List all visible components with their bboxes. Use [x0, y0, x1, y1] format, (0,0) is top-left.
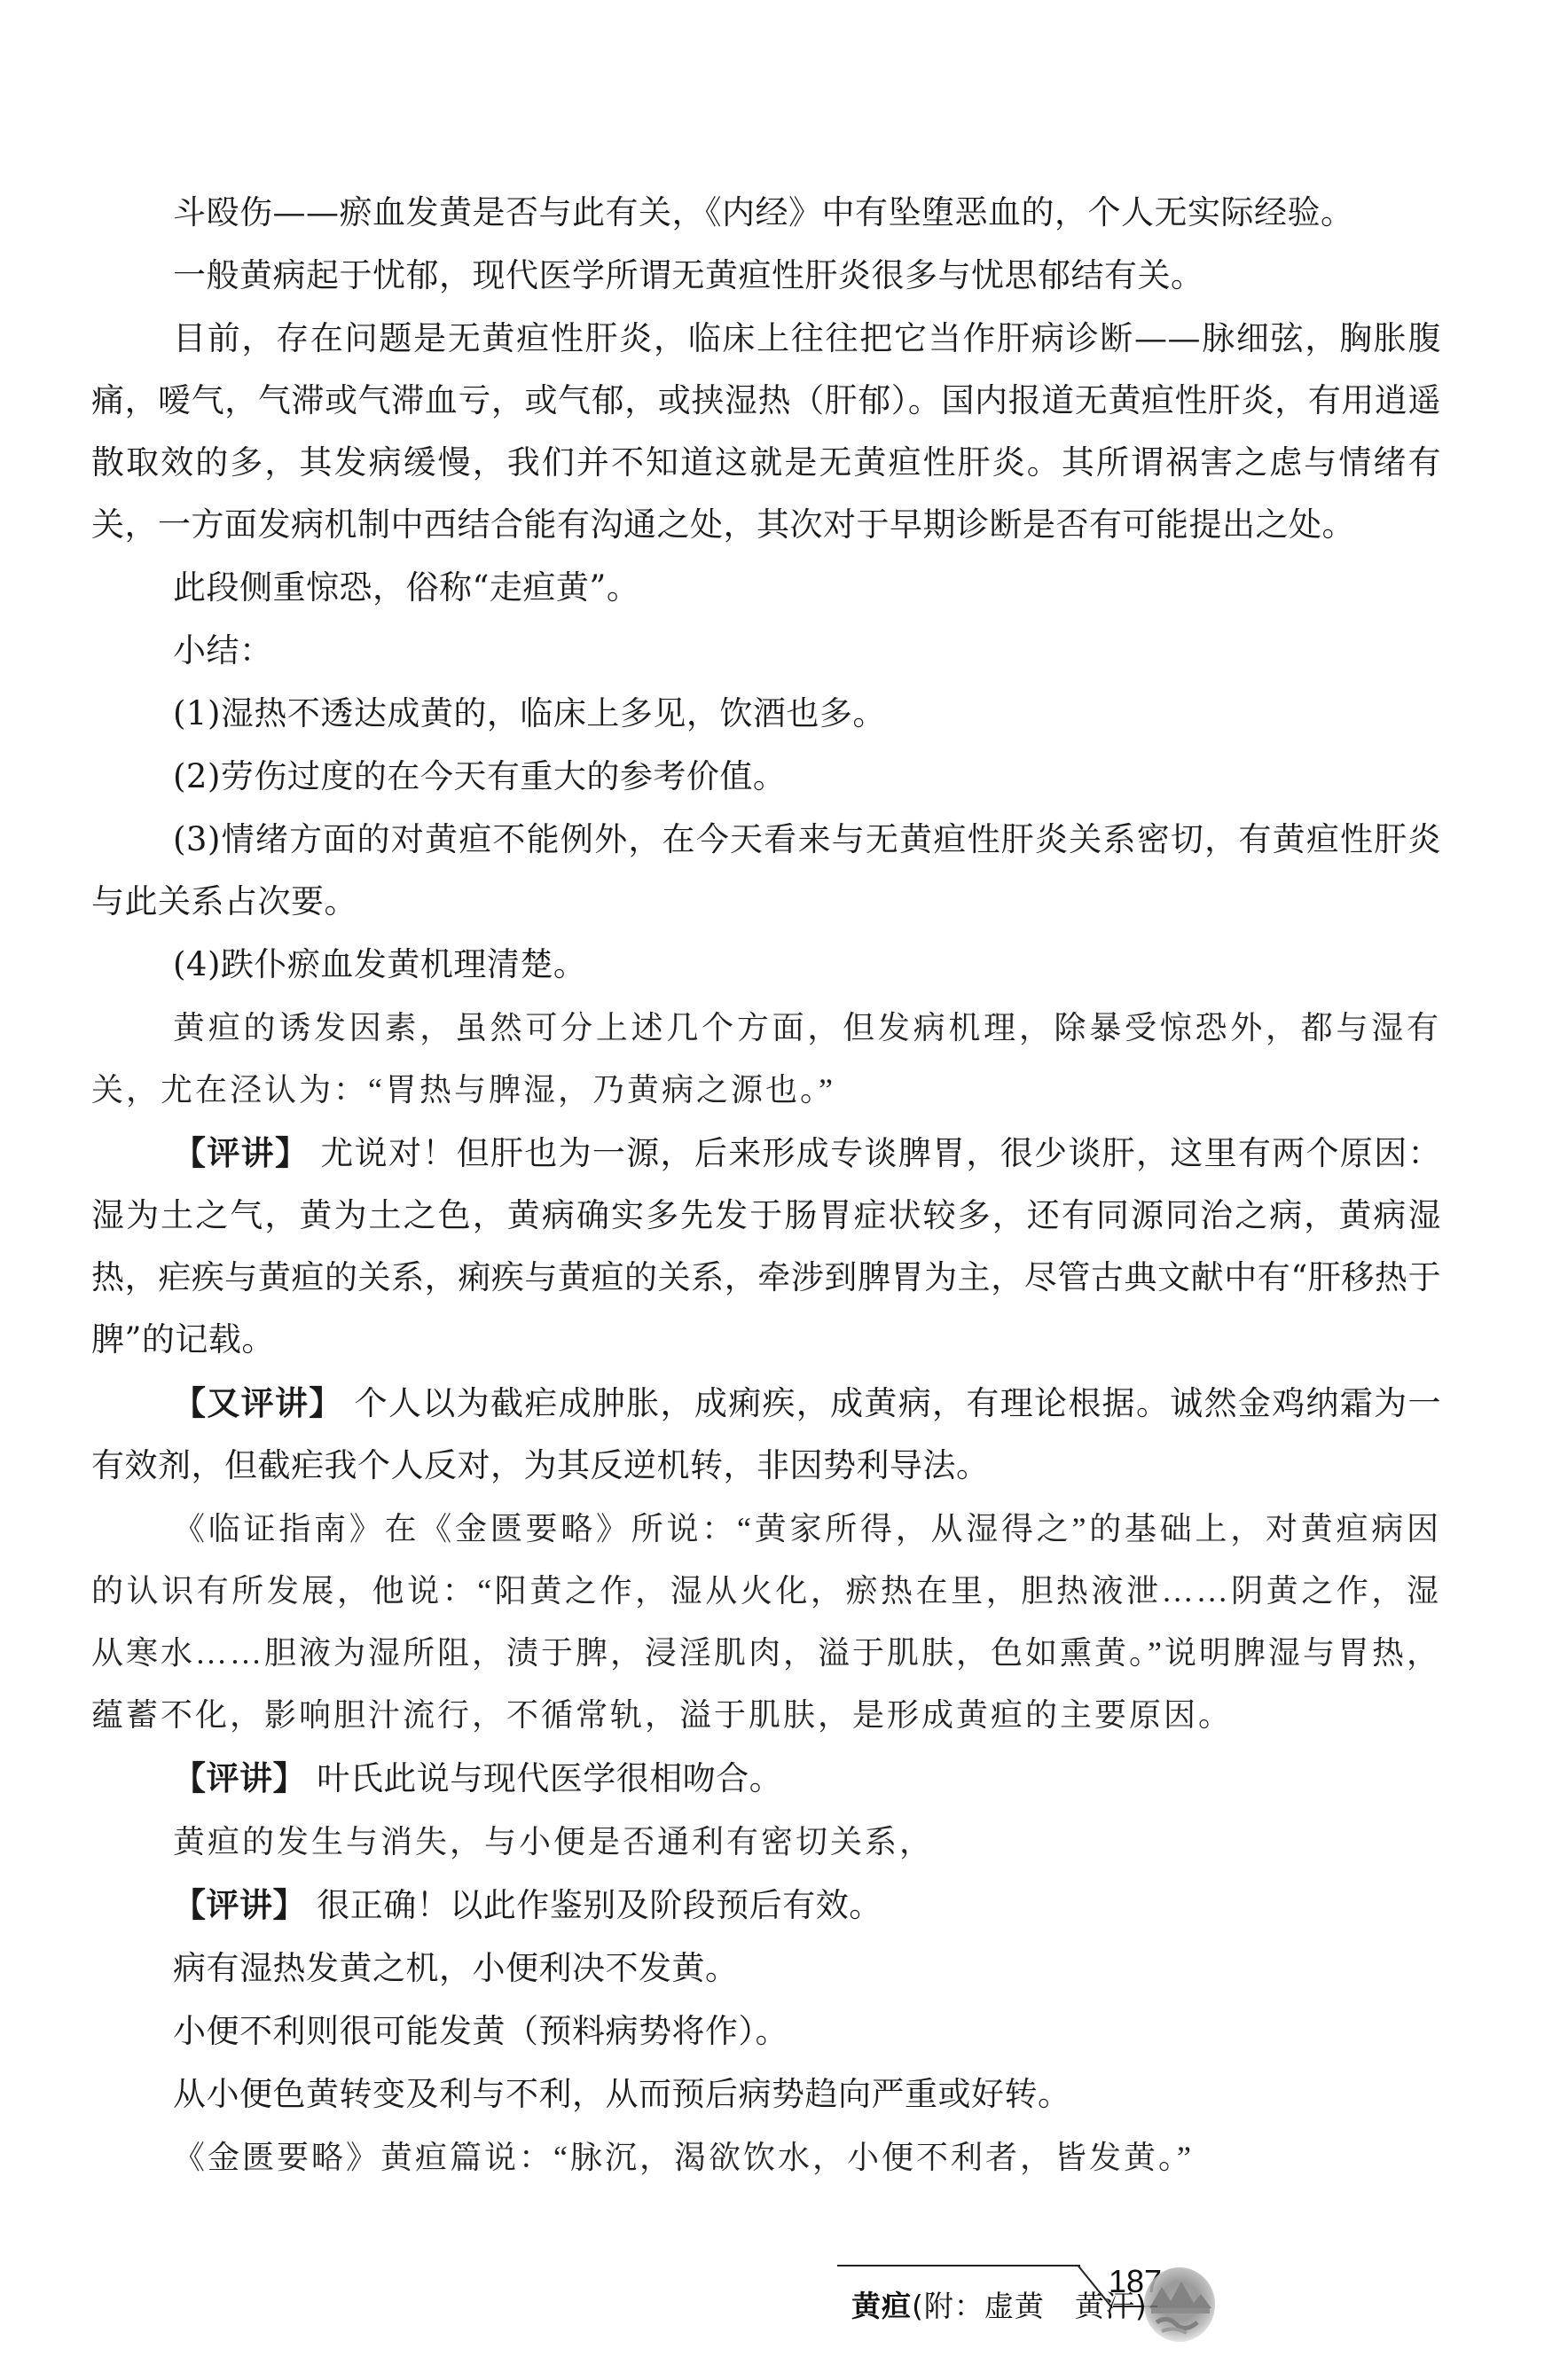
body-paragraph: (3)情绪方面的对黄疸不能例外，在今天看来与无黄疸性肝炎关系密切，有黄疸性肝炎与…	[91, 809, 1441, 933]
commentary-tag: 【评讲】	[173, 1758, 306, 1797]
body-paragraph: (4)跌仆瘀血发黄机理清楚。	[91, 934, 1441, 996]
quoted-passage: 《临证指南》在《金匮要略》所说：“黄家所得，从湿得之”的基础上，对黄疸病因的认识…	[91, 1498, 1441, 1746]
body-paragraph: 病有湿热发黄之机，小便利决不发黄。	[91, 1938, 1441, 2000]
body-paragraph: 目前，存在问题是无黄疸性肝炎，临床上往往把它当作肝病诊断——脉细弦，胸胀腹痛，嗳…	[91, 308, 1441, 556]
body-paragraph: 此段侧重惊恐，俗称“走疸黄”。	[91, 557, 1441, 619]
paragraph-text: (2)劳伤过度的在今天有重大的参考价值。	[173, 757, 786, 795]
paragraph-text: 斗殴伤——瘀血发黄是否与此有关，《内经》中有坠堕恶血的，个人无实际经验。	[173, 193, 1354, 231]
commentary-tag: 【评讲】	[173, 1133, 309, 1172]
paragraph-text: 黄疸的发生与消失，与小便是否通利有密切关系，	[173, 1824, 934, 1859]
body-paragraph: (1)湿热不透达成黄的，临床上多见，饮酒也多。	[91, 683, 1441, 745]
paragraph-text: 《金匮要略》黄疸篇说：“脉沉，渴欲饮水，小便不利者，皆发黄。”	[173, 2140, 1194, 2175]
paragraph-text: 《临证指南》在《金匮要略》所说：“黄家所得，从湿得之”的基础上，对黄疸病因的认识…	[91, 1511, 1441, 1733]
paragraph-text: 此段侧重惊恐，俗称“走疸黄”。	[173, 568, 639, 607]
paragraph-text: 从小便色黄转变及利与不利，从而预后病势趋向严重或好转。	[173, 2075, 1071, 2113]
paragraph-text: 很正确！以此作鉴别及阶段预后有效。	[306, 1886, 882, 1924]
quoted-passage: 黄疸的诱发因素，虽然可分上述几个方面，但发病机理，除暴受惊恐外，都与湿有关，尤在…	[91, 997, 1441, 1121]
body-paragraph: 斗殴伤——瘀血发黄是否与此有关，《内经》中有坠堕恶血的，个人无实际经验。	[91, 182, 1441, 244]
paragraph-text: 叶氏此说与现代医学很相吻合。	[306, 1759, 782, 1797]
paragraph-text: 目前，存在问题是无黄疸性肝炎，临床上往往把它当作肝病诊断——脉细弦，胸胀腹痛，嗳…	[91, 319, 1441, 544]
body-paragraph: 一般黄病起于忧郁，现代医学所谓无黄疸性肝炎很多与忧思郁结有关。	[91, 245, 1441, 307]
body-paragraph: 小结：	[91, 620, 1441, 682]
paragraph-text: 小便不利则很可能发黄（预料病势将作）。	[173, 2012, 788, 2050]
body-paragraph: (2)劳伤过度的在今天有重大的参考价值。	[91, 746, 1441, 808]
commentary-tag: 【评讲】	[173, 1885, 306, 1924]
commentary-tag: 【又评讲】	[173, 1383, 343, 1422]
landscape-emblem-icon	[1144, 2267, 1215, 2342]
paragraph-text: 病有湿热发黄之机，小便利决不发黄。	[173, 1949, 739, 1987]
body-paragraph: 从小便色黄转变及利与不利，从而预后病势趋向严重或好转。	[91, 2063, 1441, 2126]
paragraph-text: 一般黄病起于忧郁，现代医学所谓无黄疸性肝炎很多与忧思郁结有关。	[173, 256, 1204, 294]
running-footer-title: 黄疸(附：虚黄 黄汗)	[851, 2283, 1148, 2325]
commentary-paragraph: 【评讲】 尤说对！但肝也为一源，后来形成专谈脾胃，很少谈肝，这里有两个原因：湿为…	[91, 1122, 1441, 1371]
quoted-passage: 《金匮要略》黄疸篇说：“脉沉，渴欲饮水，小便不利者，皆发黄。”	[91, 2126, 1441, 2188]
commentary-paragraph: 【又评讲】 个人以为截疟成肿胀，成痢疾，成黄病，有理论根据。诚然金鸡纳霜为一有效…	[91, 1372, 1441, 1497]
chapter-title-main: 黄疸	[851, 2289, 912, 2323]
commentary-paragraph: 【评讲】 很正确！以此作鉴别及阶段预后有效。	[91, 1874, 1441, 1937]
paragraph-text: (1)湿热不透达成黄的，临床上多见，饮酒也多。	[173, 694, 886, 732]
quoted-passage: 黄疸的发生与消失，与小便是否通利有密切关系，	[91, 1811, 1441, 1873]
body-paragraph: 小便不利则很可能发黄（预料病势将作）。	[91, 2000, 1441, 2063]
paragraph-text: 小结：	[173, 631, 273, 669]
commentary-paragraph: 【评讲】 叶氏此说与现代医学很相吻合。	[91, 1747, 1441, 1810]
paragraph-text: (3)情绪方面的对黄疸不能例外，在今天看来与无黄疸性肝炎关系密切，有黄疸性肝炎与…	[91, 820, 1441, 920]
footer-rule	[837, 2265, 1080, 2266]
paragraph-text: (4)跌仆瘀血发黄机理清楚。	[173, 945, 586, 983]
page-body: 斗殴伤——瘀血发黄是否与此有关，《内经》中有坠堕恶血的，个人无实际经验。一般黄病…	[91, 182, 1441, 2189]
paragraph-text: 黄疸的诱发因素，虽然可分上述几个方面，但发病机理，除暴受惊恐外，都与湿有关，尤在…	[91, 1010, 1441, 1108]
